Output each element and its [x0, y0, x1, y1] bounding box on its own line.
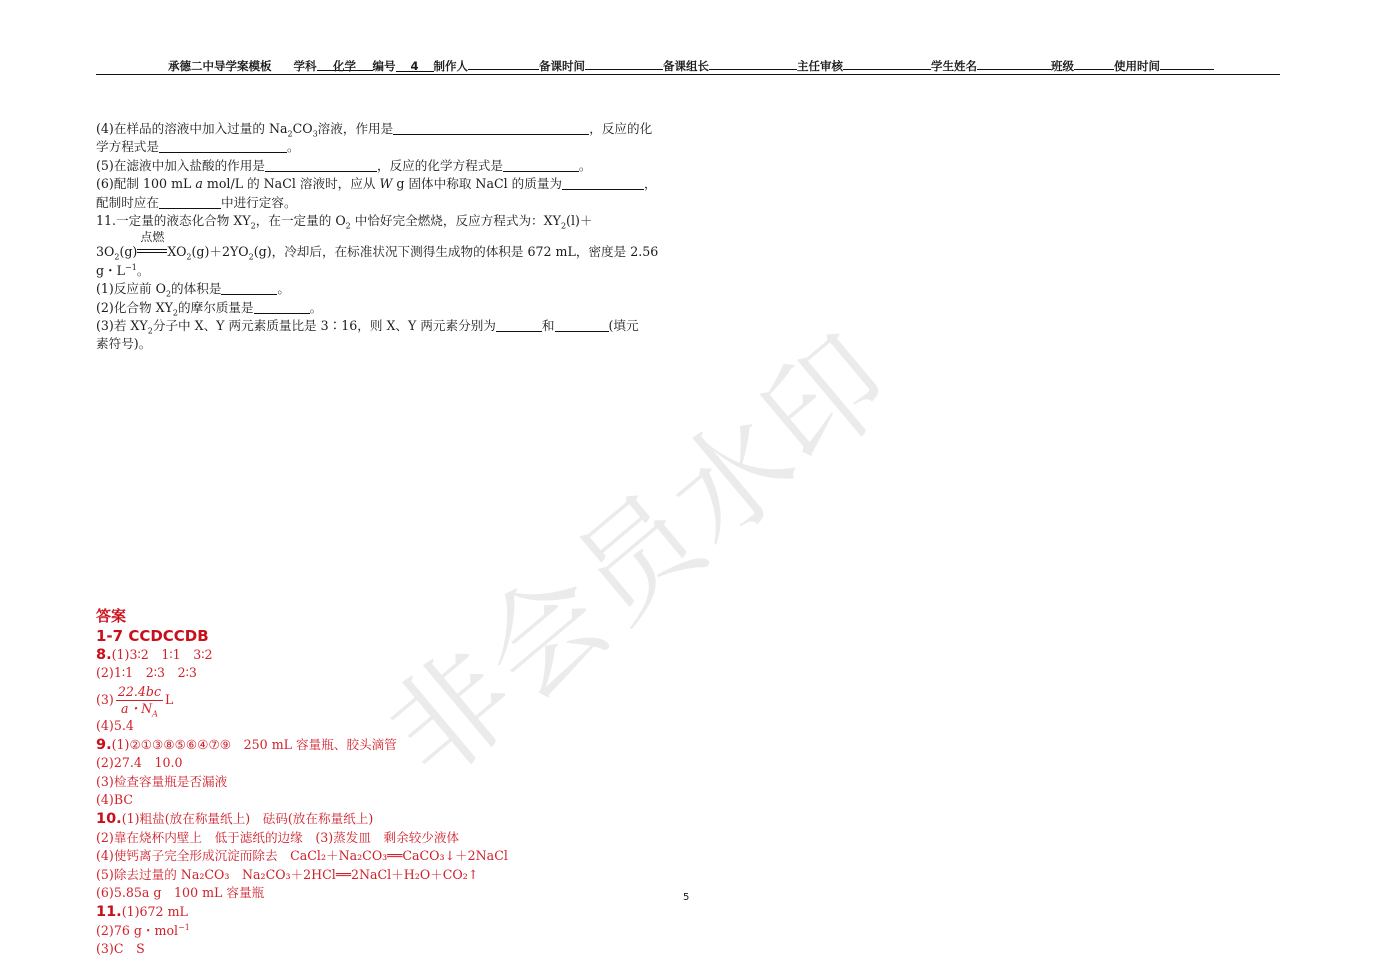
- answer-11-3: (3)C S: [96, 940, 696, 959]
- answer-blank[interactable]: [555, 318, 609, 332]
- answer-blank[interactable]: [265, 158, 377, 172]
- author-label: 制作人: [434, 58, 469, 74]
- answer-9-2: (2)27.4 10.0: [96, 754, 696, 773]
- answer-11-1: 11.(1)672 mL: [96, 903, 696, 922]
- answer-blank[interactable]: [562, 176, 644, 190]
- answer-8-3: (3)22.4bca・NAL: [96, 683, 696, 717]
- answer-10-5: (5)除去过量的 Na₂CO₃ Na₂CO₃＋2HCl══2NaCl＋H₂O＋C…: [96, 866, 696, 885]
- use-time-field: [1160, 57, 1214, 70]
- student-name-field: [977, 57, 1051, 70]
- answer-8-1: 8.(1)3∶2 1∶1 3∶2: [96, 646, 696, 665]
- prep-time-label: 备课时间: [539, 58, 585, 74]
- subject-label: 学科: [294, 58, 317, 74]
- class-field: [1074, 57, 1114, 70]
- school-template-title: 承德二中导学案模板: [168, 58, 272, 74]
- answer-11-2: (2)76 g・mol−1: [96, 922, 696, 941]
- answer-10-1: 10.(1)粗盐(放在称量纸上) 砝码(放在称量纸上): [96, 810, 696, 829]
- prep-time-field: [585, 57, 663, 70]
- answer-9-1: 9.(1)②①③⑧⑤⑥④⑦⑨ 250 mL 容量瓶、胶头滴管: [96, 736, 696, 755]
- number-value: 4: [396, 59, 434, 72]
- student-name-label: 学生姓名: [931, 58, 977, 74]
- answer-blank[interactable]: [393, 121, 589, 135]
- question-10-4: (4)在样品的溶液中加入过量的 Na2CO3溶液，作用是，反应的化: [96, 120, 678, 138]
- group-leader-field: [709, 57, 797, 70]
- answer-10-2-3: (2)靠在烧杯内壁上 低于滤纸的边缘 (3)蒸发皿 剩余较少液体: [96, 829, 696, 848]
- question-11-1: (1)反应前 O2的体积是。: [96, 280, 678, 298]
- number-label: 编号: [373, 58, 396, 74]
- reaction-arrow: 点燃: [137, 243, 167, 261]
- answer-9-4: (4)BC: [96, 791, 696, 810]
- answers-title: 答案: [96, 606, 696, 626]
- answer-blank[interactable]: [221, 281, 277, 295]
- answer-blank[interactable]: [496, 318, 542, 332]
- answer-8-4: (4)5.4: [96, 717, 696, 736]
- answer-blank[interactable]: [159, 195, 221, 209]
- question-11-equation: 3O2(g)点燃XO2(g)＋2YO2(g)，冷却后，在标准状况下测得生成物的体…: [96, 243, 678, 261]
- answer-10-4: (4)使钙离子完全形成沉淀而除去 CaCl₂＋Na₂CO₃══CaCO₃↓＋2N…: [96, 847, 696, 866]
- question-10-5: (5)在滤液中加入盐酸的作用是，反应的化学方程式是。: [96, 157, 678, 175]
- answer-section: 答案 1-7 CCDCCDB 8.(1)3∶2 1∶1 3∶2 (2)1∶1 2…: [96, 606, 696, 959]
- question-11-2: (2)化合物 XY2的摩尔质量是。: [96, 299, 678, 317]
- author-field: [468, 57, 539, 70]
- question-11-3: (3)若 XY2分子中 X、Y 两元素质量比是 3∶16，则 X、Y 两元素分别…: [96, 317, 678, 335]
- director-review-field: [843, 57, 931, 70]
- answer-blank[interactable]: [159, 139, 287, 153]
- group-leader-label: 备课组长: [663, 58, 709, 74]
- answer-blank[interactable]: [254, 300, 310, 314]
- class-label: 班级: [1051, 58, 1074, 74]
- subject-value: 化学: [317, 58, 373, 71]
- answers-multiple-choice: 1-7 CCDCCDB: [96, 626, 696, 646]
- answer-10-6: (6)5.85a g 100 mL 容量瓶: [96, 884, 696, 903]
- director-review-label: 主任审核: [797, 58, 843, 74]
- question-section: (4)在样品的溶液中加入过量的 Na2CO3溶液，作用是，反应的化 学方程式是。…: [96, 120, 678, 354]
- answer-8-2: (2)1∶1 2∶3 2∶3: [96, 664, 696, 683]
- question-11: 11.一定量的液态化合物 XY2，在一定量的 O2 中恰好完全燃烧，反应方程式为…: [96, 212, 678, 230]
- document-header: 承德二中导学案模板 学科 化学 编号 4 制作人 备课时间 备课组长 主任审核 …: [96, 56, 1280, 75]
- answer-blank[interactable]: [503, 158, 579, 172]
- answer-9-3: (3)检查容量瓶是否漏液: [96, 773, 696, 792]
- question-10-6: (6)配制 100 mL a mol/L 的 NaCl 溶液时，应从 W g 固…: [96, 175, 678, 193]
- use-time-label: 使用时间: [1114, 58, 1160, 74]
